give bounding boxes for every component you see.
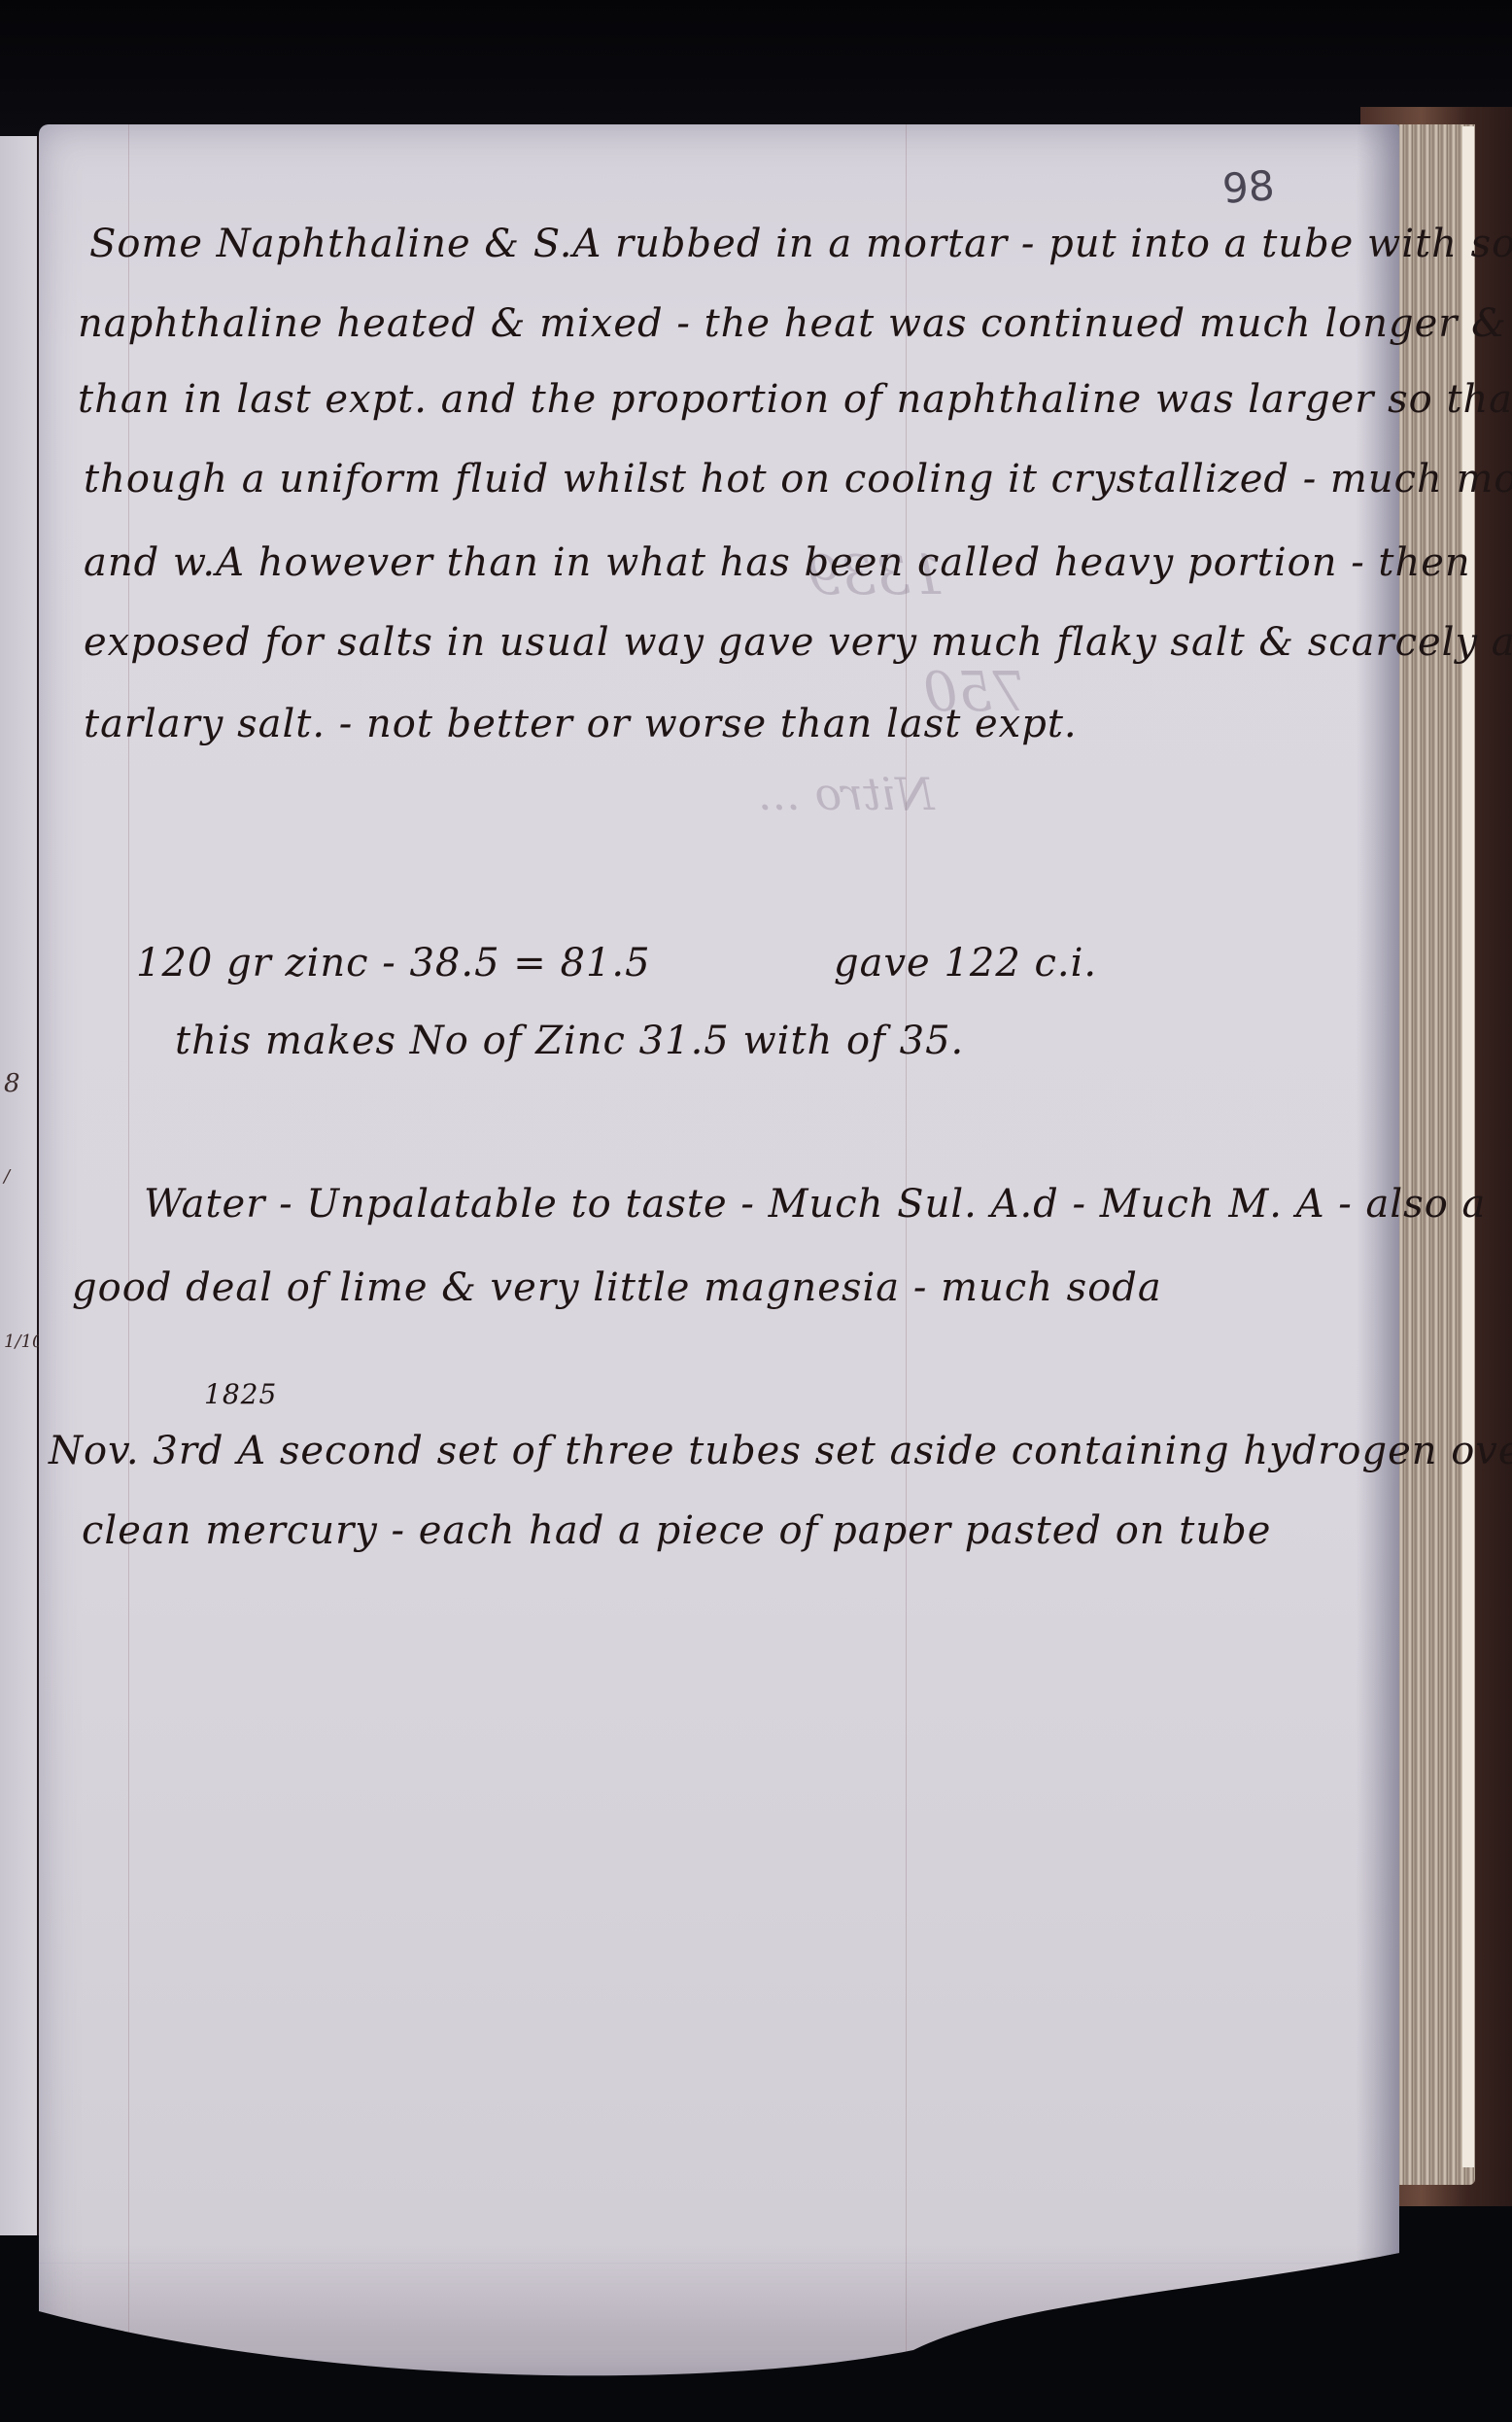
handwritten-line: Nov. 3rd A second set of three tubes set… [49, 1429, 1512, 1473]
year-annotation: 1825 [204, 1378, 277, 1410]
page-number: 98 [1220, 161, 1276, 213]
handwritten-line: naphthaline heated & mixed - the heat wa… [78, 301, 1512, 346]
ruled-line [39, 2263, 1399, 2264]
handwritten-line: exposed for salts in usual way gave very… [84, 620, 1512, 665]
handwritten-line: than in last expt. and the proportion of… [78, 377, 1512, 422]
calculation-line: 120 gr zinc - 38.5 = 81.5 [136, 941, 651, 986]
calculation-line: this makes No of Zinc 31.5 with of 35. [175, 1019, 964, 1063]
handwritten-line: Some Naphthaline & S.A rubbed in a morta… [89, 222, 1512, 266]
bleed-through-text: Nitro ... [758, 768, 935, 820]
background-shadow [0, 0, 1512, 136]
margin-note: 1/10 [4, 1332, 43, 1352]
handwritten-line: tarlary salt. - not better or worse than… [84, 702, 1078, 746]
previous-page-sliver: 8 / 1/10 [0, 136, 40, 2235]
date-annotation: 1825 [204, 1378, 277, 1410]
calculation-result: gave 122 c.i. [834, 941, 1097, 986]
margin-note: / [4, 1166, 10, 1187]
handwritten-line: Water - Unpalatable to taste - Much Sul.… [144, 1182, 1486, 1227]
margin-note: 8 [4, 1069, 20, 1098]
handwritten-line: clean mercury - each had a piece of pape… [82, 1508, 1271, 1553]
handwritten-line: though a uniform fluid whilst hot on coo… [84, 457, 1512, 502]
page-edge-end [1462, 126, 1474, 2167]
handwritten-line: and w.A however than in what has been ca… [84, 540, 1471, 585]
handwritten-line: good deal of lime & very little magnesia… [72, 1265, 1162, 1310]
